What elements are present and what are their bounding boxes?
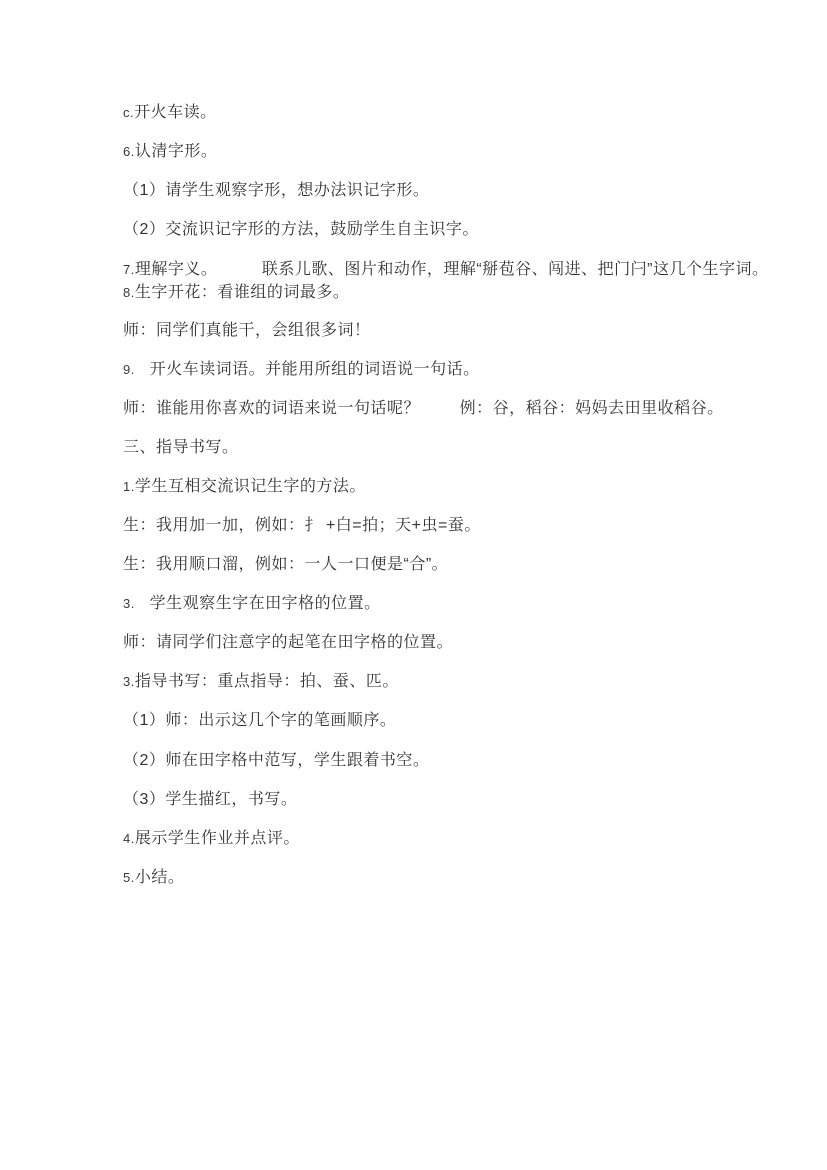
text-line: 6.认清字形。 [123, 143, 217, 160]
line-number: 3. [123, 674, 135, 689]
line-text: （1）请学生观察字形，想办法识记字形。 [123, 182, 429, 199]
line-number: 4. [123, 831, 135, 846]
line-text: 学生观察生字在田字格的位置。 [135, 595, 381, 612]
text-line: 师：同学们真能干，会组很多词！ [123, 322, 371, 339]
text-line: 7.理解字义。 联系儿歌、图片和动作，理解“掰苞谷、闯进、把门闩”这几个生字词。 [123, 261, 769, 278]
line-text: （3）学生描红，书写。 [123, 791, 297, 808]
line-number: 3. [123, 596, 135, 611]
line-text: 开火车读。 [134, 104, 217, 121]
text-line: 三、指导书写。 [123, 439, 239, 456]
text-line: 1.学生互相交流识记生字的方法。 [123, 478, 366, 495]
line-text: 学生互相交流识记生字的方法。 [135, 478, 366, 495]
line-number: 6. [123, 144, 135, 159]
text-line: 4.展示学生作业并点评。 [123, 830, 300, 847]
text-line: 3.指导书写：重点指导：拍、蚕、匹。 [123, 673, 399, 690]
line-text: 三、指导书写。 [123, 439, 239, 456]
line-number: 5. [123, 870, 135, 885]
text-line: c.开火车读。 [123, 104, 217, 121]
text-line: 3. 学生观察生字在田字格的位置。 [123, 595, 381, 612]
text-line: （2）交流识记字形的方法，鼓励学生自主识字。 [123, 221, 479, 238]
line-text: （2）交流识记字形的方法，鼓励学生自主识字。 [123, 221, 479, 238]
line-number: 8. [123, 285, 135, 300]
text-line: （1）请学生观察字形，想办法识记字形。 [123, 182, 429, 199]
line-number: 1. [123, 479, 135, 494]
text-line: 8.生字开花：看谁组的词最多。 [123, 284, 349, 301]
line-text: 师：同学们真能干，会组很多词！ [123, 322, 371, 339]
line-text: 展示学生作业并点评。 [135, 830, 300, 847]
text-line: 5.小结。 [123, 869, 184, 886]
line-number: c. [123, 105, 134, 120]
line-text: 小结。 [135, 869, 185, 886]
text-line: 生：我用顺口溜，例如：一人一口便是“合”。 [123, 556, 448, 573]
line-number: 7. [123, 262, 135, 277]
line-text: 生：我用加一加，例如：扌 +白=拍；天+虫=蚕。 [123, 517, 481, 534]
text-line: （3）学生描红，书写。 [123, 791, 297, 808]
document-page: c.开火车读。 6.认清字形。 （1）请学生观察字形，想办法识记字形。 （2）交… [0, 0, 827, 1170]
text-line: 师：请同学们注意字的起笔在田字格的位置。 [123, 634, 453, 651]
line-number: 9. [123, 362, 135, 377]
line-text: 生字开花：看谁组的词最多。 [135, 284, 350, 301]
line-text: 指导书写：重点指导：拍、蚕、匹。 [135, 673, 399, 690]
line-text: 理解字义。 联系儿歌、图片和动作，理解“掰苞谷、闯进、把门闩”这几个生字词。 [135, 261, 769, 278]
text-line: （1）师：出示这几个字的笔画顺序。 [123, 712, 396, 729]
text-line: 生：我用加一加，例如：扌 +白=拍；天+虫=蚕。 [123, 517, 481, 534]
text-line: 师：谁能用你喜欢的词语来说一句话呢？ 例：谷，稻谷：妈妈去田里收稻谷。 [123, 400, 724, 417]
text-line: （2）师在田字格中范写，学生跟着书空。 [123, 752, 429, 769]
text-line: 9. 开火车读词语。并能用所组的词语说一句话。 [123, 361, 480, 378]
line-text: 认清字形。 [135, 143, 218, 160]
line-text: （2）师在田字格中范写，学生跟着书空。 [123, 752, 429, 769]
line-text: （1）师：出示这几个字的笔画顺序。 [123, 712, 396, 729]
line-text: 生：我用顺口溜，例如：一人一口便是“合”。 [123, 556, 448, 573]
line-text: 师：请同学们注意字的起笔在田字格的位置。 [123, 634, 453, 651]
line-text: 师：谁能用你喜欢的词语来说一句话呢？ 例：谷，稻谷：妈妈去田里收稻谷。 [123, 400, 724, 417]
line-text: 开火车读词语。并能用所组的词语说一句话。 [135, 361, 480, 378]
